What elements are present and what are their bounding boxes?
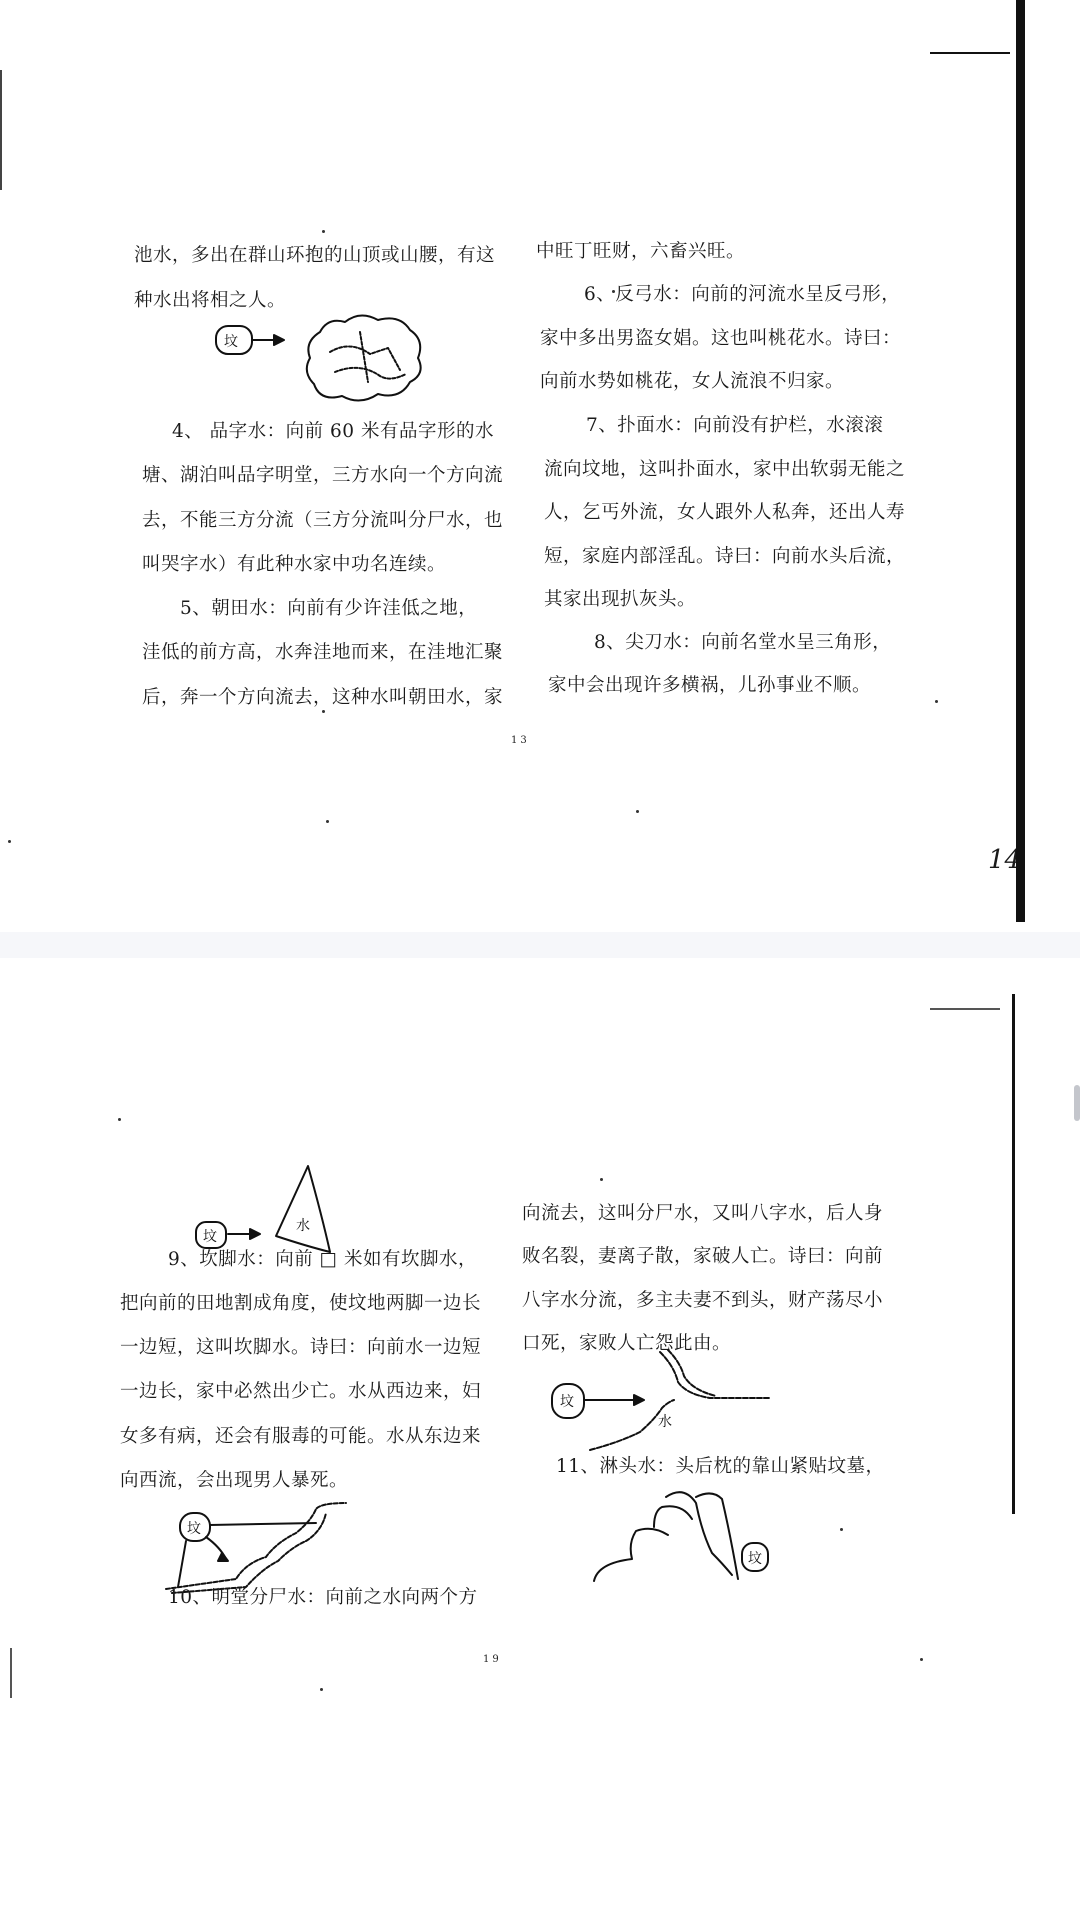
text-line: 向流去，这叫分尸水，又叫八字水，后人身 <box>522 1202 883 1226</box>
text-line: 塘、湖泊叫品字明堂，三方水向一个方向流 <box>142 464 503 488</box>
scan-left-edge <box>10 1648 12 1698</box>
text-line: 叫哭字水）有此种水家中功名连续。 <box>142 553 446 577</box>
scan-speck <box>612 290 615 293</box>
text-line: 洼低的前方高，水奔洼地而来，在洼地汇聚 <box>142 641 503 665</box>
scan-speck <box>320 1688 323 1691</box>
scan-edge-shadow <box>1016 0 1025 922</box>
scan-speck <box>8 840 11 843</box>
document-page-19: 坟 水 9、坎脚水：向前 □ 米如有坎脚水， 把向前的田地割成角度，使坟地两脚一… <box>0 958 1080 1910</box>
text-line: 家中会出现许多横祸，儿孙事业不顺。 <box>548 674 871 698</box>
text-line: 向前水势如桃花，女人流浪不归家。 <box>540 370 844 394</box>
scan-speck <box>326 820 329 823</box>
text-line: 其家出现扒灰头。 <box>544 588 696 612</box>
grave-label: 坟 <box>748 1551 762 1567</box>
scan-speck <box>636 810 639 813</box>
water-label: 水 <box>658 1413 672 1430</box>
scan-speck <box>118 1118 121 1121</box>
water-label: 水 <box>296 1217 310 1234</box>
scan-speck <box>840 1528 843 1531</box>
scan-left-edge <box>0 70 2 190</box>
text-line: 8、尖刀水：向前名堂水呈三角形， <box>594 631 891 655</box>
scrollbar-thumb[interactable] <box>1074 1085 1080 1121</box>
grave-label: 坟 <box>224 334 238 350</box>
text-line: 11、淋头水：头后枕的靠山紧贴坟墓， <box>556 1455 885 1479</box>
text-line: 去，不能三方分流（三方分流叫分尸水，也 <box>142 509 503 533</box>
text-line: 9、坎脚水：向前 □ 米如有坎脚水， <box>168 1248 477 1272</box>
text-line: 池水，多出在群山环抱的山顶或山腰，有这 <box>134 244 495 268</box>
grave-label: 坟 <box>560 1394 574 1410</box>
text-line: 人，乞丐外流，女人跟外人私奔，还出人寿 <box>544 501 905 525</box>
text-line: 一边短，这叫坎脚水。诗曰：向前水一边短 <box>120 1336 481 1360</box>
text-line: 种水出将相之人。 <box>134 289 286 313</box>
text-line: 后，奔一个方向流去，这种水叫朝田水，家 <box>142 686 503 710</box>
grave-label: 坟 <box>187 1521 201 1537</box>
page-number: 13 <box>511 735 530 746</box>
text-line: 家中多出男盗女娼。这也叫桃花水。诗曰： <box>540 327 901 351</box>
eight-character-water-diagram: 坟 水 <box>550 1346 810 1466</box>
scan-edge-mark <box>930 52 1010 54</box>
document-page-13: 池水，多出在群山环抱的山顶或山腰，有这 种水出将相之人。 坟 4、 品字水：向前… <box>0 0 1080 932</box>
text-line: 10、明堂分尸水：向前之水向两个方 <box>168 1586 478 1610</box>
text-line: 向西流，会出现男人暴死。 <box>120 1469 348 1493</box>
scan-speck <box>322 230 325 233</box>
text-line: 7、扑面水：向前没有护栏，水滚滚 <box>586 414 883 438</box>
page-gap <box>0 932 1080 958</box>
text-line: 八字水分流，多主夫妻不到头，财产荡尽小 <box>522 1289 883 1313</box>
text-line: 把向前的田地割成角度，使坟地两脚一边长 <box>120 1292 481 1316</box>
scan-speck <box>935 700 938 703</box>
text-line: 4、 品字水：向前 60 米有品字形的水 <box>172 420 494 444</box>
text-line: 中旺丁旺财，六畜兴旺。 <box>536 240 745 264</box>
text-line: 短，家庭内部淫乱。诗曰：向前水头后流， <box>544 545 905 569</box>
pond-diagram: 坟 <box>210 312 450 412</box>
text-line: 流向坟地，这叫扑面水，家中出软弱无能之 <box>544 458 905 482</box>
text-line: 6、反弓水：向前的河流水呈反弓形， <box>584 283 900 307</box>
grave-label: 坟 <box>203 1229 217 1245</box>
scan-edge-line <box>1012 994 1015 1514</box>
scan-speck <box>920 1658 923 1661</box>
page-number: 19 <box>483 1654 502 1665</box>
text-line: 败名裂，妻离子散，家破人亡。诗曰：向前 <box>522 1245 883 1269</box>
text-line: 5、朝田水：向前有少许洼低之地， <box>180 597 477 621</box>
text-line: 女多有病，还会有服毒的可能。水从东边来 <box>120 1425 481 1449</box>
split-water-diagram: 坟 <box>166 1503 376 1593</box>
scan-speck <box>322 710 325 713</box>
mountain-behind-grave-diagram: 坟 <box>592 1483 792 1583</box>
scan-speck <box>600 1178 603 1181</box>
text-line: 一边长，家中必然出少亡。水从西边来，妇 <box>120 1380 481 1404</box>
scan-edge-mark <box>930 1008 1000 1010</box>
